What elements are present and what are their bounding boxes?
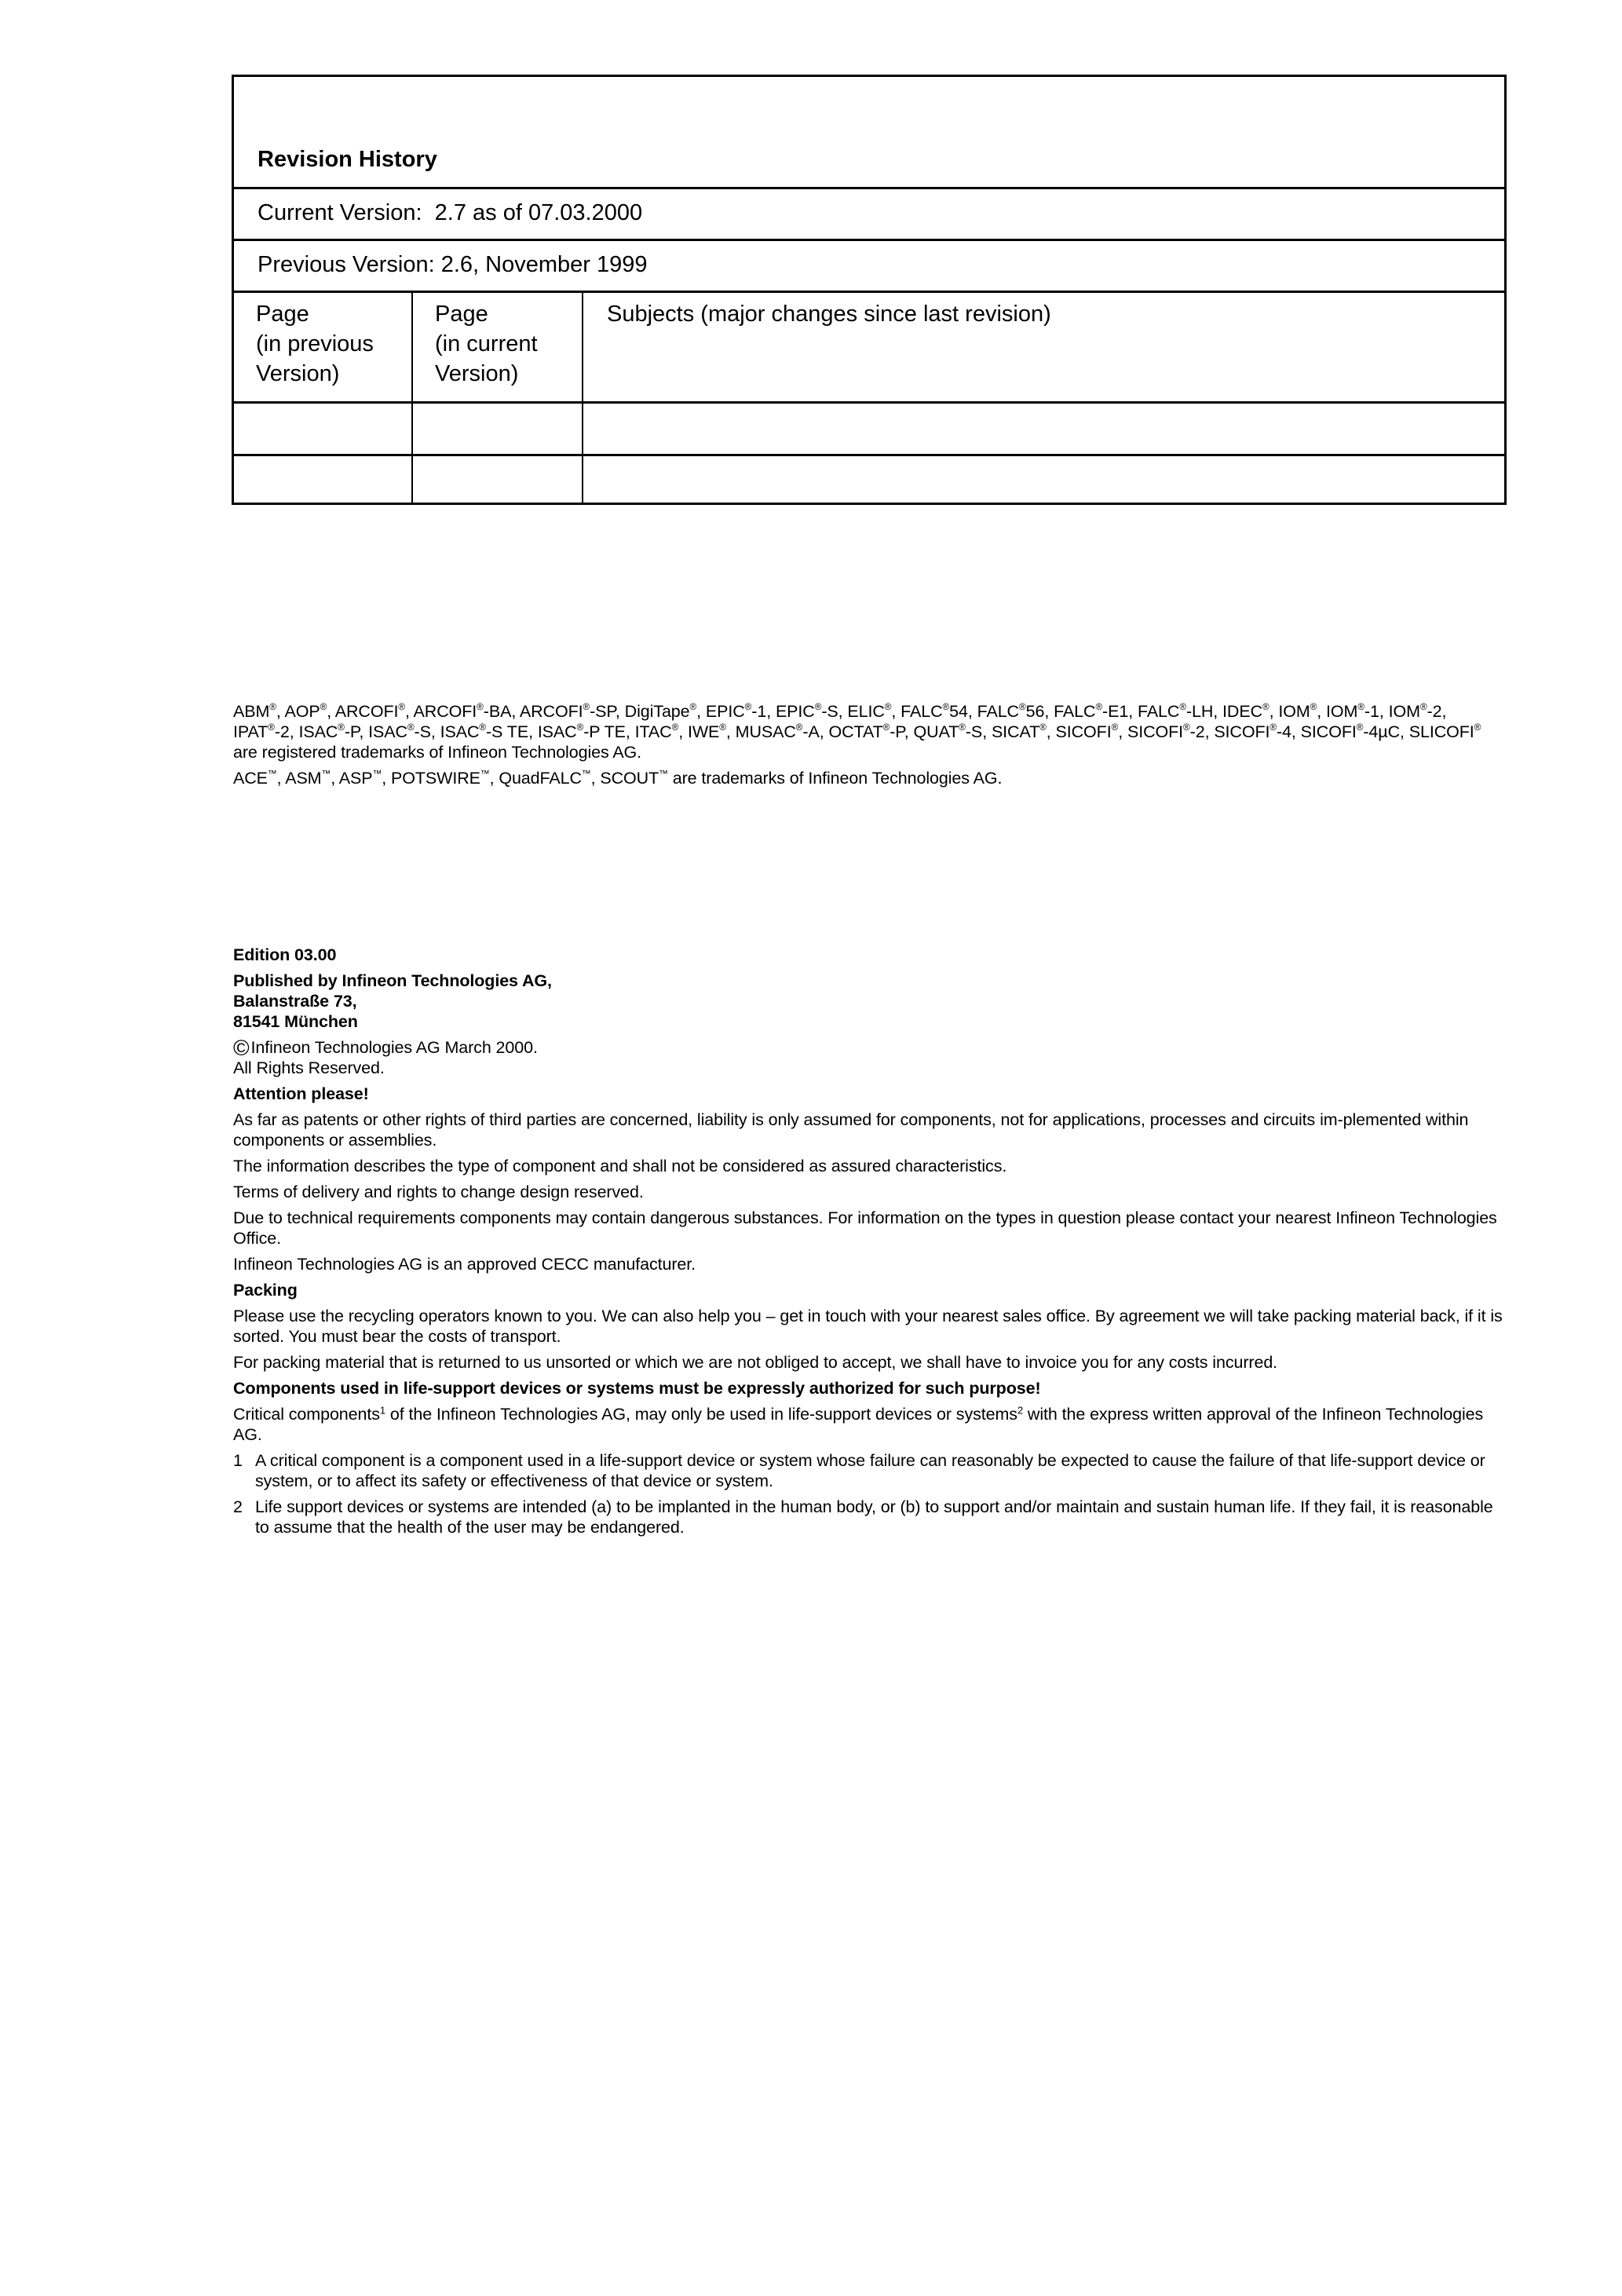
revision-title-row: Revision History [234, 77, 1504, 189]
registered-mark-icon: ® [583, 701, 590, 712]
life-support-paragraph: Critical components1 of the Infineon Tec… [233, 1404, 1509, 1445]
attention-paragraph: As far as patents or other rights of thi… [233, 1110, 1509, 1150]
registered-mark-icon: ® [1420, 701, 1427, 712]
packing-heading: Packing [233, 1280, 1509, 1300]
footnote-ref: 1 [380, 1404, 385, 1416]
table-row [234, 404, 1504, 456]
table-cell [583, 456, 1504, 505]
footnote-ref: 2 [1017, 1404, 1023, 1416]
registered-mark-icon: ® [1262, 701, 1269, 712]
registered-mark-icon: ® [1474, 722, 1481, 733]
trademarks: ACE™, ASM™, ASP™, POTSWIRE™, QuadFALC™, … [233, 768, 1509, 788]
registered-mark-icon: ® [672, 722, 679, 733]
registered-mark-icon: ® [477, 701, 484, 712]
street: Balanstraße 73, [233, 991, 1509, 1011]
table-cell [234, 404, 413, 454]
registered-mark-icon: ® [690, 701, 697, 712]
table-cell [413, 404, 583, 454]
footnote-text: A critical component is a component used… [255, 1450, 1509, 1491]
registered-mark-icon: ® [1019, 701, 1026, 712]
imprint-section: Edition 03.00 Published by Infineon Tech… [233, 945, 1509, 1543]
registered-mark-icon: ® [943, 701, 950, 712]
footnote: 2 Life support devices or systems are in… [233, 1497, 1509, 1537]
revision-history-table: Revision History Current Version: 2.7 as… [232, 75, 1507, 505]
registered-mark-icon: ® [885, 701, 892, 712]
header-text: Page [256, 299, 405, 329]
table-cell [413, 456, 583, 505]
current-version: Current Version: 2.7 as of 07.03.2000 [258, 198, 642, 228]
registered-mark-icon: ® [479, 722, 486, 733]
registered-mark-icon: ® [1269, 722, 1277, 733]
trademark-icon: ™ [373, 768, 382, 779]
registered-mark-icon: ® [1310, 701, 1317, 712]
registered-mark-icon: ® [719, 722, 726, 733]
table-cell [583, 404, 1504, 454]
header-text: Page [435, 299, 584, 329]
table-row [234, 456, 1504, 505]
footnote-number: 2 [233, 1497, 255, 1537]
registered-mark-icon: ® [1039, 722, 1047, 733]
registered-mark-icon: ® [338, 722, 345, 733]
header-page-previous: Page (in previous Version) [234, 293, 413, 401]
registered-mark-icon: ® [268, 722, 275, 733]
rights: All Rights Reserved. [233, 1058, 1509, 1078]
header-page-current: Page (in current Version) [413, 293, 583, 401]
trademark-icon: ™ [480, 768, 490, 779]
table-header-row: Page (in previous Version) Page (in curr… [234, 293, 1504, 404]
footnote: 1 A critical component is a component us… [233, 1450, 1509, 1491]
trademarks-section: ABM®, AOP®, ARCOFI®, ARCOFI®-BA, ARCOFI®… [233, 701, 1509, 794]
header-text: (in current [435, 329, 584, 359]
copyright-text: Infineon Technologies AG March 2000. [251, 1038, 538, 1057]
attention-paragraph: Terms of delivery and rights to change d… [233, 1182, 1509, 1202]
registered-mark-icon: ® [269, 701, 276, 712]
attention-paragraph: The information describes the type of co… [233, 1156, 1509, 1176]
registered-mark-icon: ® [959, 722, 966, 733]
registered-mark-icon: ® [1112, 722, 1119, 733]
revision-history-title: Revision History [258, 144, 437, 174]
copyright: ©Infineon Technologies AG March 2000. [233, 1037, 1509, 1058]
table-cell [234, 456, 413, 505]
publisher: Published by Infineon Technologies AG, [233, 971, 1509, 991]
registered-mark-icon: ® [815, 701, 822, 712]
registered-mark-icon: ® [407, 722, 415, 733]
registered-mark-icon: ® [1179, 701, 1186, 712]
attention-paragraph: Infineon Technologies AG is an approved … [233, 1254, 1509, 1274]
header-subjects: Subjects (major changes since last revis… [583, 293, 1504, 401]
registered-mark-icon: ® [883, 722, 890, 733]
footnote-text: Life support devices or systems are inte… [255, 1497, 1509, 1537]
trademark-icon: ™ [659, 768, 668, 779]
registered-mark-icon: ® [398, 701, 405, 712]
header-text: Version) [435, 359, 584, 389]
header-text: Version) [256, 359, 405, 389]
registered-mark-icon: ® [1357, 701, 1364, 712]
registered-mark-icon: ® [1183, 722, 1190, 733]
registered-mark-icon: ® [745, 701, 752, 712]
copyright-icon: © [233, 1036, 250, 1060]
attention-heading: Attention please! [233, 1084, 1509, 1104]
trademark-icon: ™ [582, 768, 591, 779]
registered-trademarks: ABM®, AOP®, ARCOFI®, ARCOFI®-BA, ARCOFI®… [233, 701, 1509, 762]
registered-mark-icon: ® [577, 722, 584, 733]
city: 81541 München [233, 1011, 1509, 1032]
life-support-heading: Components used in life-support devices … [233, 1378, 1509, 1398]
trademark-icon: ™ [268, 768, 277, 779]
previous-version-row: Previous Version: 2.6, November 1999 [234, 241, 1504, 293]
header-text: Subjects (major changes since last revis… [607, 299, 1051, 329]
edition: Edition 03.00 [233, 945, 1509, 965]
packing-paragraph: For packing material that is returned to… [233, 1352, 1509, 1373]
attention-paragraph: Due to technical requirements components… [233, 1208, 1509, 1249]
registered-mark-icon: ® [1095, 701, 1102, 712]
previous-version: Previous Version: 2.6, November 1999 [258, 250, 648, 280]
footnote-number: 1 [233, 1450, 255, 1491]
registered-mark-icon: ® [796, 722, 803, 733]
registered-mark-icon: ® [320, 701, 327, 712]
trademark-icon: ™ [322, 768, 331, 779]
header-text: (in previous [256, 329, 405, 359]
registered-mark-icon: ® [1357, 722, 1364, 733]
current-version-row: Current Version: 2.7 as of 07.03.2000 [234, 189, 1504, 241]
packing-paragraph: Please use the recycling operators known… [233, 1306, 1509, 1347]
